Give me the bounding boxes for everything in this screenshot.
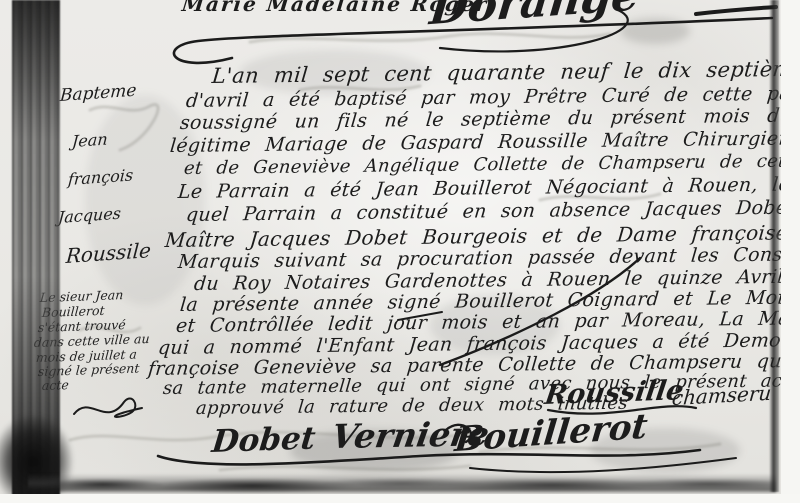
scan-margin-bottom <box>0 494 800 503</box>
manuscript-page: Marie Madelaine Roger Dorange Bapteme Je… <box>0 0 800 503</box>
scan-margin-right <box>781 0 800 503</box>
margin-child-name: Jean <box>71 129 108 151</box>
page-bottom-edge <box>28 470 776 494</box>
page-right-edge <box>769 0 779 492</box>
rature-stroke <box>380 250 680 380</box>
margin-paraph-flourish <box>66 388 151 430</box>
